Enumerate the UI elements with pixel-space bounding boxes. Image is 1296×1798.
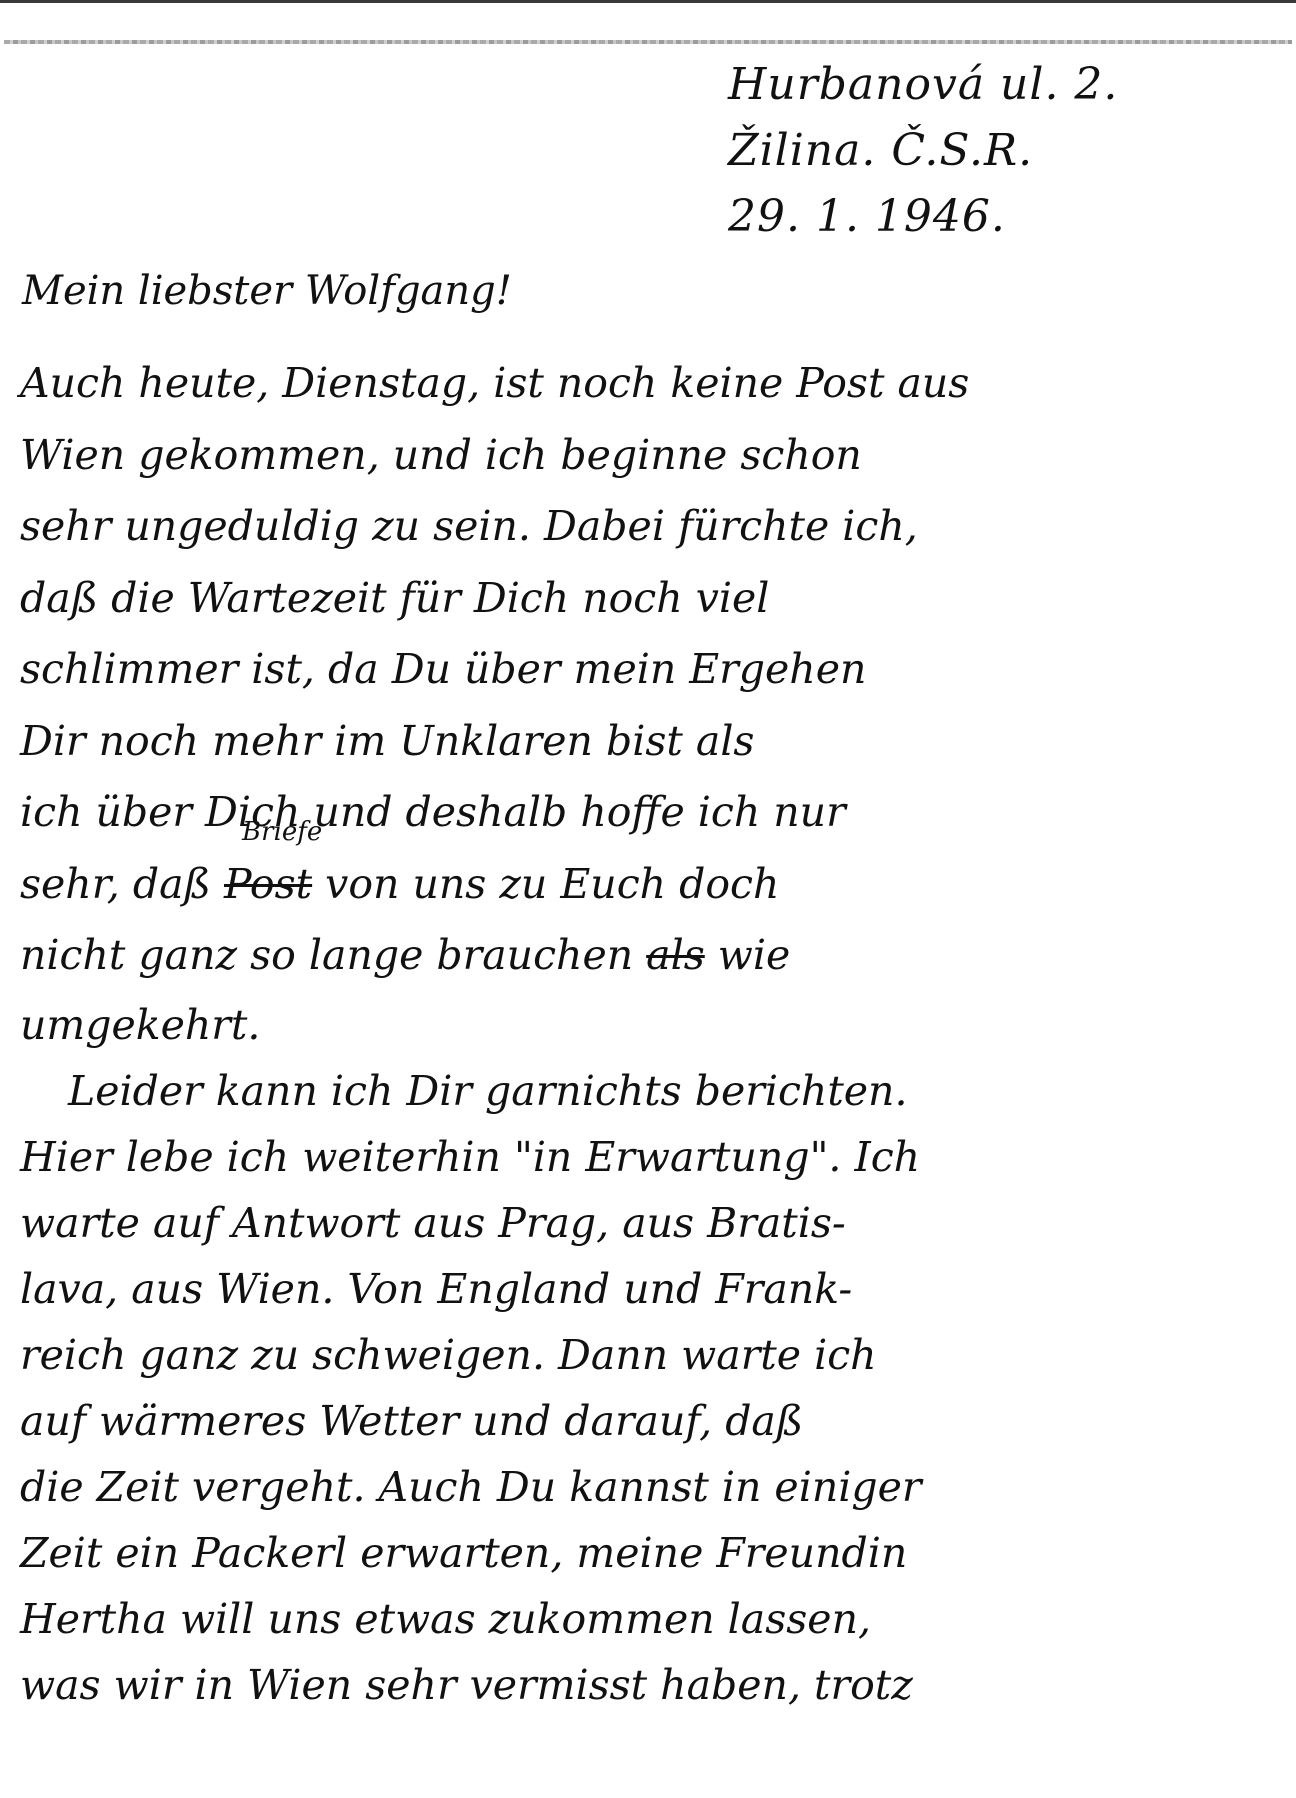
salutation: Mein liebster Wolfgang!	[22, 268, 512, 314]
letter-header: Hurbanová ul. 2. Žilina. Č.S.R. 29. 1. 1…	[728, 52, 1118, 250]
text-line: Auch heute, Dienstag, ist noch keine Pos…	[20, 348, 1280, 420]
text-line: schlimmer ist, da Du über mein Ergehen	[20, 634, 1280, 706]
text-line: ich über Dich und deshalb hoffe ich nur	[20, 777, 1280, 849]
letter-body: Auch heute, Dienstag, ist noch keine Pos…	[20, 348, 1280, 1718]
text-line: daß die Wartezeit für Dich noch viel	[20, 563, 1280, 635]
struck-word: Post	[224, 860, 312, 908]
text-line: Hertha will uns etwas zukommen lassen,	[20, 1586, 1280, 1652]
address-street: Hurbanová ul. 2.	[728, 52, 1118, 118]
text-line: Wien gekommen, und ich beginne schon	[20, 420, 1280, 492]
text-line: Dir noch mehr im Unklaren bist als	[20, 706, 1280, 778]
text-line-with-correction: nicht ganz so lange brauchen als wie	[20, 920, 1280, 992]
text-line: umgekehrt.	[20, 992, 1280, 1058]
address-city: Žilina. Č.S.R.	[728, 118, 1118, 184]
text-line: sehr ungeduldig zu sein. Dabei fürchte i…	[20, 491, 1280, 563]
text-line: was wir in Wien sehr vermisst haben, tro…	[20, 1652, 1280, 1718]
text-line: die Zeit vergeht. Auch Du kannst in eini…	[20, 1454, 1280, 1520]
letter-date: 29. 1. 1946.	[728, 184, 1118, 250]
inserted-word: Briefe	[242, 819, 322, 845]
text-line: warte auf Antwort aus Prag, aus Bratis-	[20, 1190, 1280, 1256]
text-line-with-correction: sehr, daß PostBriefe von uns zu Euch doc…	[20, 849, 1280, 921]
text-line: auf wärmeres Wetter und darauf, daß	[20, 1388, 1280, 1454]
paragraph-start-line: Leider kann ich Dir garnichts berichten.	[20, 1058, 1280, 1124]
text-line: reich ganz zu schweigen. Dann warte ich	[20, 1322, 1280, 1388]
text-line: Zeit ein Packerl erwarten, meine Freundi…	[20, 1520, 1280, 1586]
text-segment: von uns zu Euch doch	[312, 860, 779, 908]
text-segment: sehr, daß	[20, 860, 224, 908]
text-line: lava, aus Wien. Von England und Frank-	[20, 1256, 1280, 1322]
text-line: Hier lebe ich weiterhin "in Erwartung". …	[20, 1124, 1280, 1190]
letter-page: Hurbanová ul. 2. Žilina. Č.S.R. 29. 1. 1…	[0, 0, 1296, 1798]
correction: PostBriefe	[224, 849, 312, 921]
text-segment: wie	[705, 931, 791, 979]
struck-word: als	[646, 931, 705, 979]
text-segment: nicht ganz so lange brauchen	[20, 931, 646, 979]
